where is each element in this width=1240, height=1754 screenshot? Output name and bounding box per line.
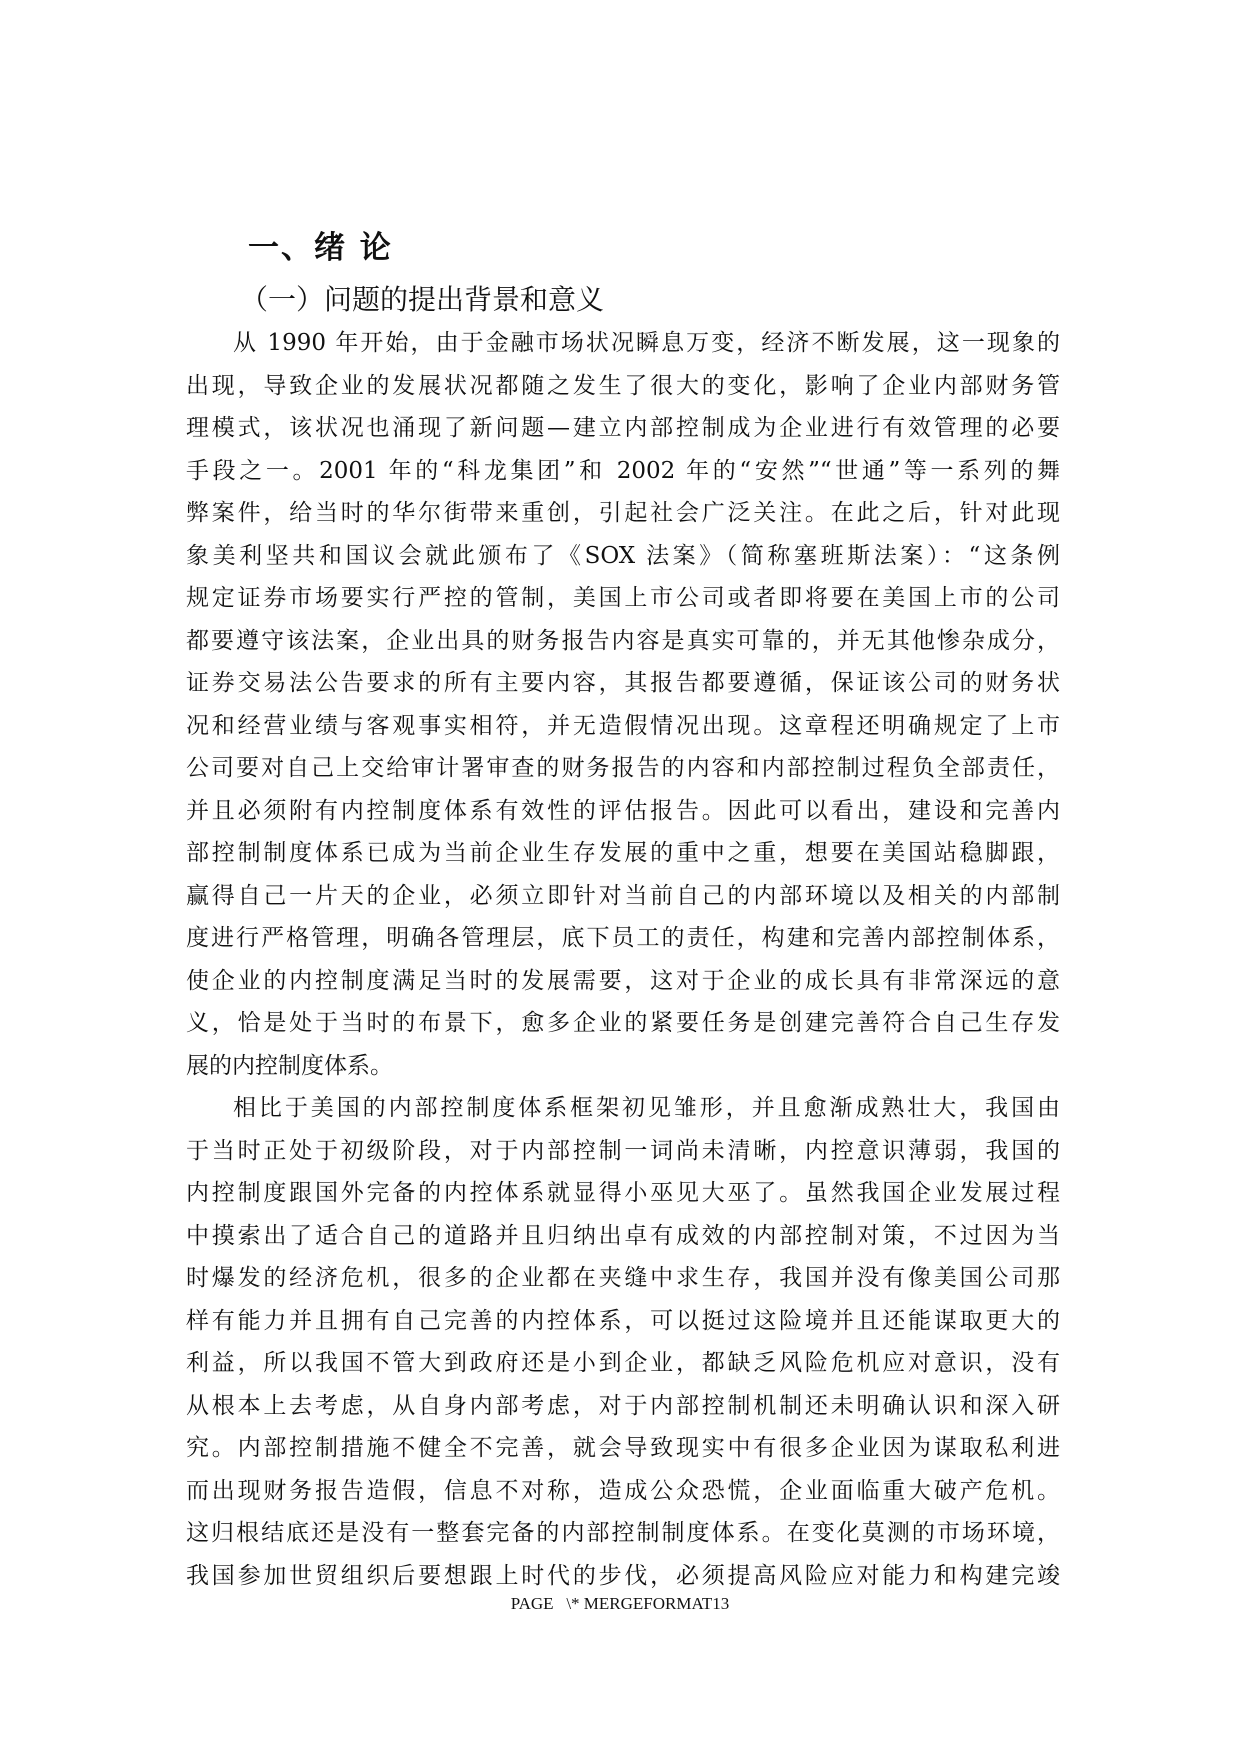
section-heading: （一）问题的提出背景和意义 [240, 278, 604, 318]
text-line: 内控制度跟国外完备的内控体系就显得小巫见大巫了。虽然我国企业发展过程 [186, 1172, 1060, 1215]
text-line: 时爆发的经济危机，很多的企业都在夹缝中求生存，我国并没有像美国公司那 [186, 1257, 1060, 1300]
text-line: 样有能力并且拥有自己完善的内控体系，可以挺过这险境并且还能谋取更大的 [186, 1300, 1060, 1343]
page-footer: PAGE \* MERGEFORMAT13 [0, 1594, 1240, 1614]
body-text: 从 1990 年开始，由于金融市场状况瞬息万变，经济不断发展，这一现象的 出现，… [186, 322, 1066, 1597]
text-line: 使企业的内控制度满足当时的发展需要，这对于企业的成长具有非常深远的意 [186, 960, 1060, 1003]
text-line: 展的内控制度体系。 [186, 1045, 1060, 1088]
text-line: 中摸索出了适合自己的道路并且归纳出卓有成效的内部控制对策，不过因为当 [186, 1215, 1060, 1258]
text-line: 弊案件，给当时的华尔街带来重创，引起社会广泛关注。在此之后，针对此现 [186, 492, 1060, 535]
text-line: 从根本上去考虑，从自身内部考虑，对于内部控制机制还未明确认识和深入研 [186, 1385, 1060, 1428]
text-line: 都要遵守该法案，企业出具的财务报告内容是真实可靠的，并无其他惨杂成分， [186, 620, 1060, 663]
text-line: 手段之一。2001 年的“科龙集团”和 2002 年的“安然”“世通”等一系列的… [186, 450, 1060, 493]
paragraph-1: 从 1990 年开始，由于金融市场状况瞬息万变，经济不断发展，这一现象的 出现，… [186, 322, 1066, 1087]
document-page: 一、绪 论 （一）问题的提出背景和意义 从 1990 年开始，由于金融市场状况瞬… [0, 0, 1240, 1754]
text-line: 于当时正处于初级阶段，对于内部控制一词尚未清晰，内控意识薄弱，我国的 [186, 1130, 1060, 1173]
text-line: 度进行严格管理，明确各管理层，底下员工的责任，构建和完善内部控制体系， [186, 917, 1060, 960]
text-line: 利益，所以我国不管大到政府还是小到企业，都缺乏风险危机应对意识，没有 [186, 1342, 1060, 1385]
text-line: 规定证券市场要实行严控的管制，美国上市公司或者即将要在美国上市的公司 [186, 577, 1060, 620]
text-line: 部控制制度体系已成为当前企业生存发展的重中之重，想要在美国站稳脚跟， [186, 832, 1060, 875]
text-line: 公司要对自己上交给审计署审查的财务报告的内容和内部控制过程负全部责任， [186, 747, 1060, 790]
text-line: 象美利坚共和国议会就此颁布了《SOX 法案》（简称塞班斯法案）：“这条例 [186, 535, 1060, 578]
text-line: 理模式，该状况也涌现了新问题—建立内部控制成为企业进行有效管理的必要 [186, 407, 1060, 450]
text-line: 而出现财务报告造假，信息不对称，造成公众恐慌，企业面临重大破产危机。 [186, 1470, 1060, 1513]
text-line: 这归根结底还是没有一整套完备的内部控制制度体系。在变化莫测的市场环境， [186, 1512, 1060, 1555]
text-line: 相比于美国的内部控制度体系框架初见雏形，并且愈渐成熟壮大，我国由 [186, 1087, 1060, 1130]
text-line: 证券交易法公告要求的所有主要内容，其报告都要遵循，保证该公司的财务状 [186, 662, 1060, 705]
paragraph-2: 相比于美国的内部控制度体系框架初见雏形，并且愈渐成熟壮大，我国由 于当时正处于初… [186, 1087, 1066, 1597]
text-line: 出现，导致企业的发展状况都随之发生了很大的变化，影响了企业内部财务管 [186, 365, 1060, 408]
text-line: 究。内部控制措施不健全不完善，就会导致现实中有很多企业因为谋取私利进 [186, 1427, 1060, 1470]
text-line: 从 1990 年开始，由于金融市场状况瞬息万变，经济不断发展，这一现象的 [186, 322, 1060, 365]
text-line: 赢得自己一片天的企业，必须立即针对当前自己的内部环境以及相关的内部制 [186, 875, 1060, 918]
text-line: 我国参加世贸组织后要想跟上时代的步伐，必须提高风险应对能力和构建完竣 [186, 1555, 1060, 1598]
text-line: 况和经营业绩与客观事实相符，并无造假情况出现。这章程还明确规定了上市 [186, 705, 1060, 748]
chapter-heading: 一、绪 论 [248, 222, 393, 267]
text-line: 并且必须附有内控制度体系有效性的评估报告。因此可以看出，建设和完善内 [186, 790, 1060, 833]
text-line: 义，恰是处于当时的布景下，愈多企业的紧要任务是创建完善符合自己生存发 [186, 1002, 1060, 1045]
